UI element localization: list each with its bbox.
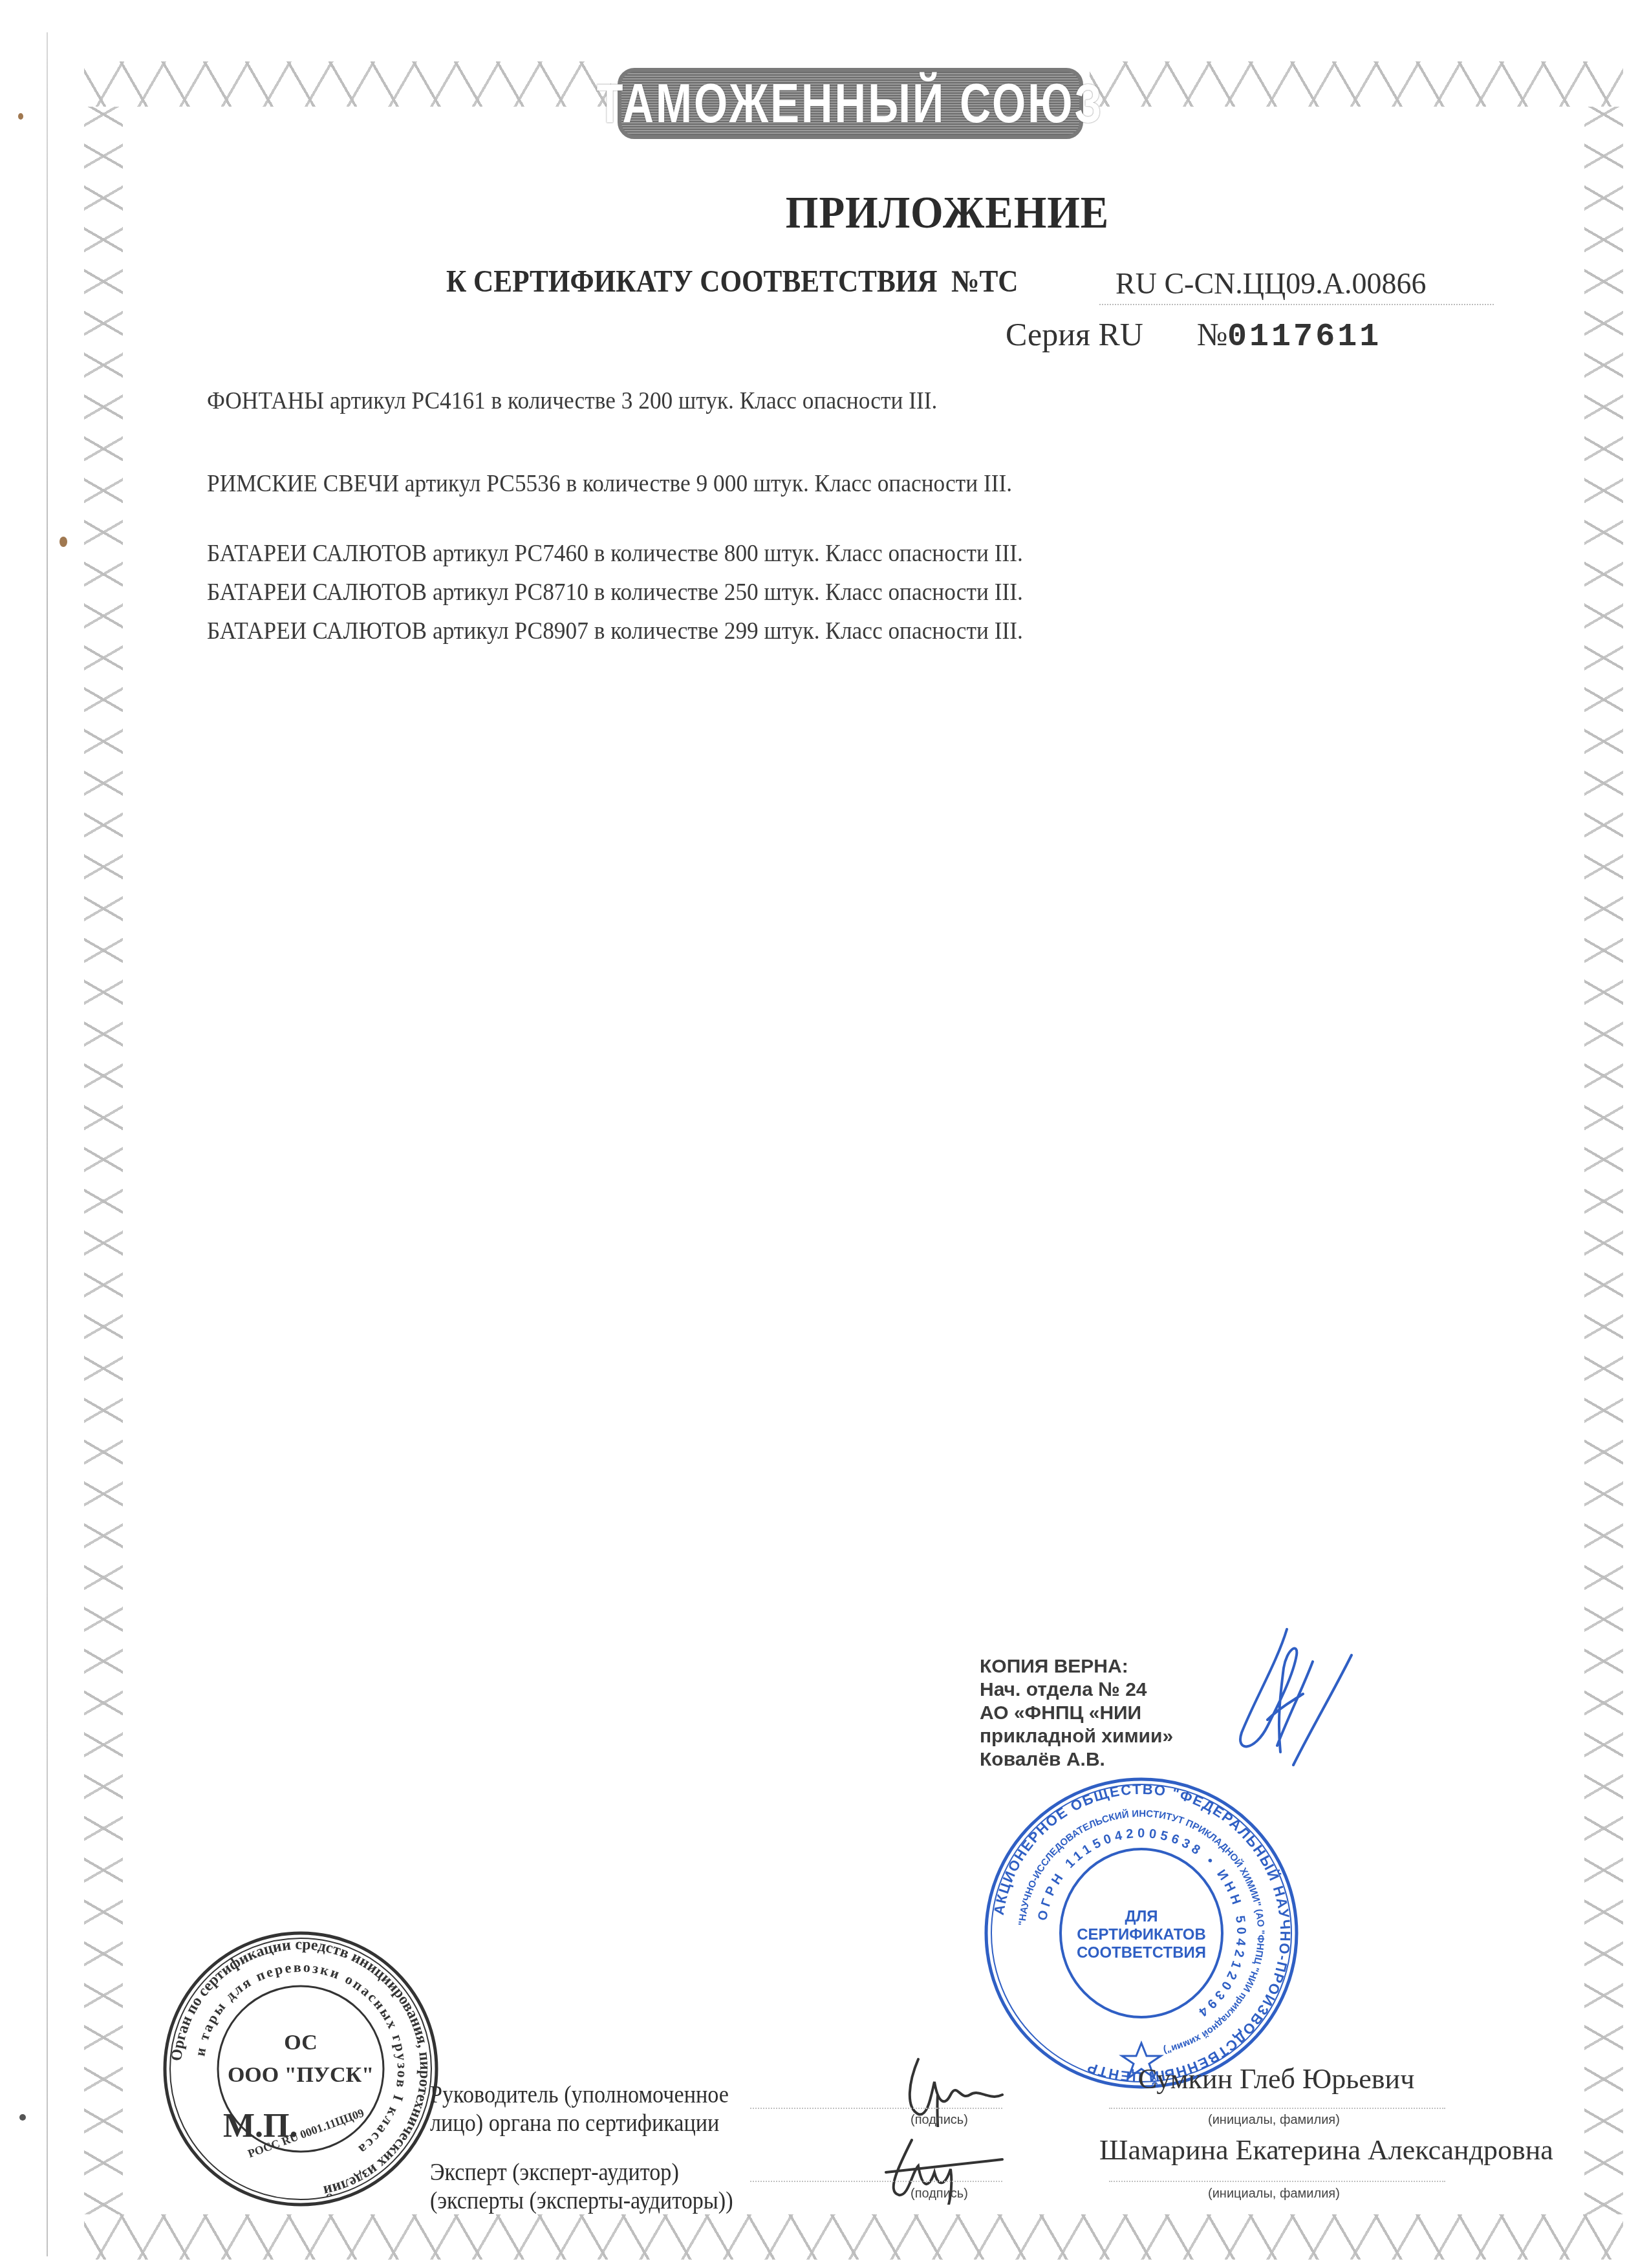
scan-speck xyxy=(18,113,23,120)
expert-name: Шамарина Екатерина Александровна xyxy=(1099,2134,1553,2166)
series-label: Серия xyxy=(1006,316,1090,352)
border-bottom xyxy=(84,2214,1623,2260)
scan-edge xyxy=(47,32,48,2256)
svg-text:ОС: ОС xyxy=(284,2031,317,2055)
signature-caption-expert: (подпись) xyxy=(911,2187,968,2201)
name-line-expert xyxy=(1109,2181,1445,2182)
expert-label: Эксперт (эксперт-аудитор) (эксперты (экс… xyxy=(430,2158,767,2215)
signature-kovalev xyxy=(1216,1623,1358,1778)
head-label: Руководитель (уполномоченное лицо) орган… xyxy=(430,2081,762,2137)
svg-text:СООТВЕТСТВИЯ: СООТВЕТСТВИЯ xyxy=(1077,1944,1206,1962)
svg-text:ДЛЯ: ДЛЯ xyxy=(1125,1908,1158,1925)
svg-text:ООО "ПУСК": ООО "ПУСК" xyxy=(228,2063,374,2087)
list-item: ФОНТАНЫ артикул РС4161 в количестве 3 20… xyxy=(207,387,937,415)
name-caption-expert: (инициалы, фамилия) xyxy=(1208,2187,1340,2201)
svg-text:СЕРТИФИКАТОВ: СЕРТИФИКАТОВ xyxy=(1077,1926,1206,1943)
scan-speck xyxy=(59,537,67,547)
signature-line-expert xyxy=(750,2181,1002,2182)
signature-caption-head: (подпись) xyxy=(911,2113,968,2128)
certificate-label: К СЕРТИФИКАТУ СООТВЕТСТВИЯ №ТС xyxy=(446,264,1082,299)
list-item: БАТАРЕИ САЛЮТОВ артикул РС8710 в количес… xyxy=(207,578,1023,606)
scan-speck xyxy=(19,2114,26,2121)
badge-text: ТАМОЖЕННЫЙ СОЮЗ xyxy=(597,72,1104,136)
svg-text:М.П.: М.П. xyxy=(223,2108,298,2145)
list-item: РИМСКИЕ СВЕЧИ артикул РС5536 в количеств… xyxy=(207,469,1012,498)
name-line-head xyxy=(1109,2108,1445,2109)
name-caption-head: (инициалы, фамилия) xyxy=(1208,2113,1340,2128)
list-item: БАТАРЕИ САЛЮТОВ артикул РС7460 в количес… xyxy=(207,539,1023,568)
page-title: ПРИЛОЖЕНИЕ xyxy=(0,187,1649,239)
number-value: 0117611 xyxy=(1227,319,1381,356)
number-label: № xyxy=(1196,316,1227,352)
series-row: Серия RU №0117611 xyxy=(1006,316,1381,356)
certificate-number: RU C-CN.ЦЦ09.А.00866 xyxy=(1115,266,1426,301)
customs-union-badge: ТАМОЖЕННЫЙ СОЮЗ xyxy=(611,61,1090,145)
copy-true-certification: КОПИЯ ВЕРНА: Нач. отдела № 24 АО «ФНПЦ «… xyxy=(980,1655,1173,1771)
organization-seal: АКЦИОНЕРНОЕ ОБЩЕСТВО "ФЕДЕРАЛЬНЫЙ НАУЧНО… xyxy=(980,1771,1303,2095)
head-name: Сумкин Глеб Юрьевич xyxy=(1138,2062,1414,2095)
list-item: БАТАРЕИ САЛЮТОВ артикул РС8907 в количес… xyxy=(207,617,1023,645)
border-right xyxy=(1584,107,1623,2214)
border-left xyxy=(84,107,123,2214)
series-value: RU xyxy=(1098,316,1143,352)
signature-line-head xyxy=(750,2108,1002,2109)
certification-body-seal: Орган по сертификации средств инициирова… xyxy=(162,1930,440,2208)
certificate-underline xyxy=(1099,304,1494,305)
